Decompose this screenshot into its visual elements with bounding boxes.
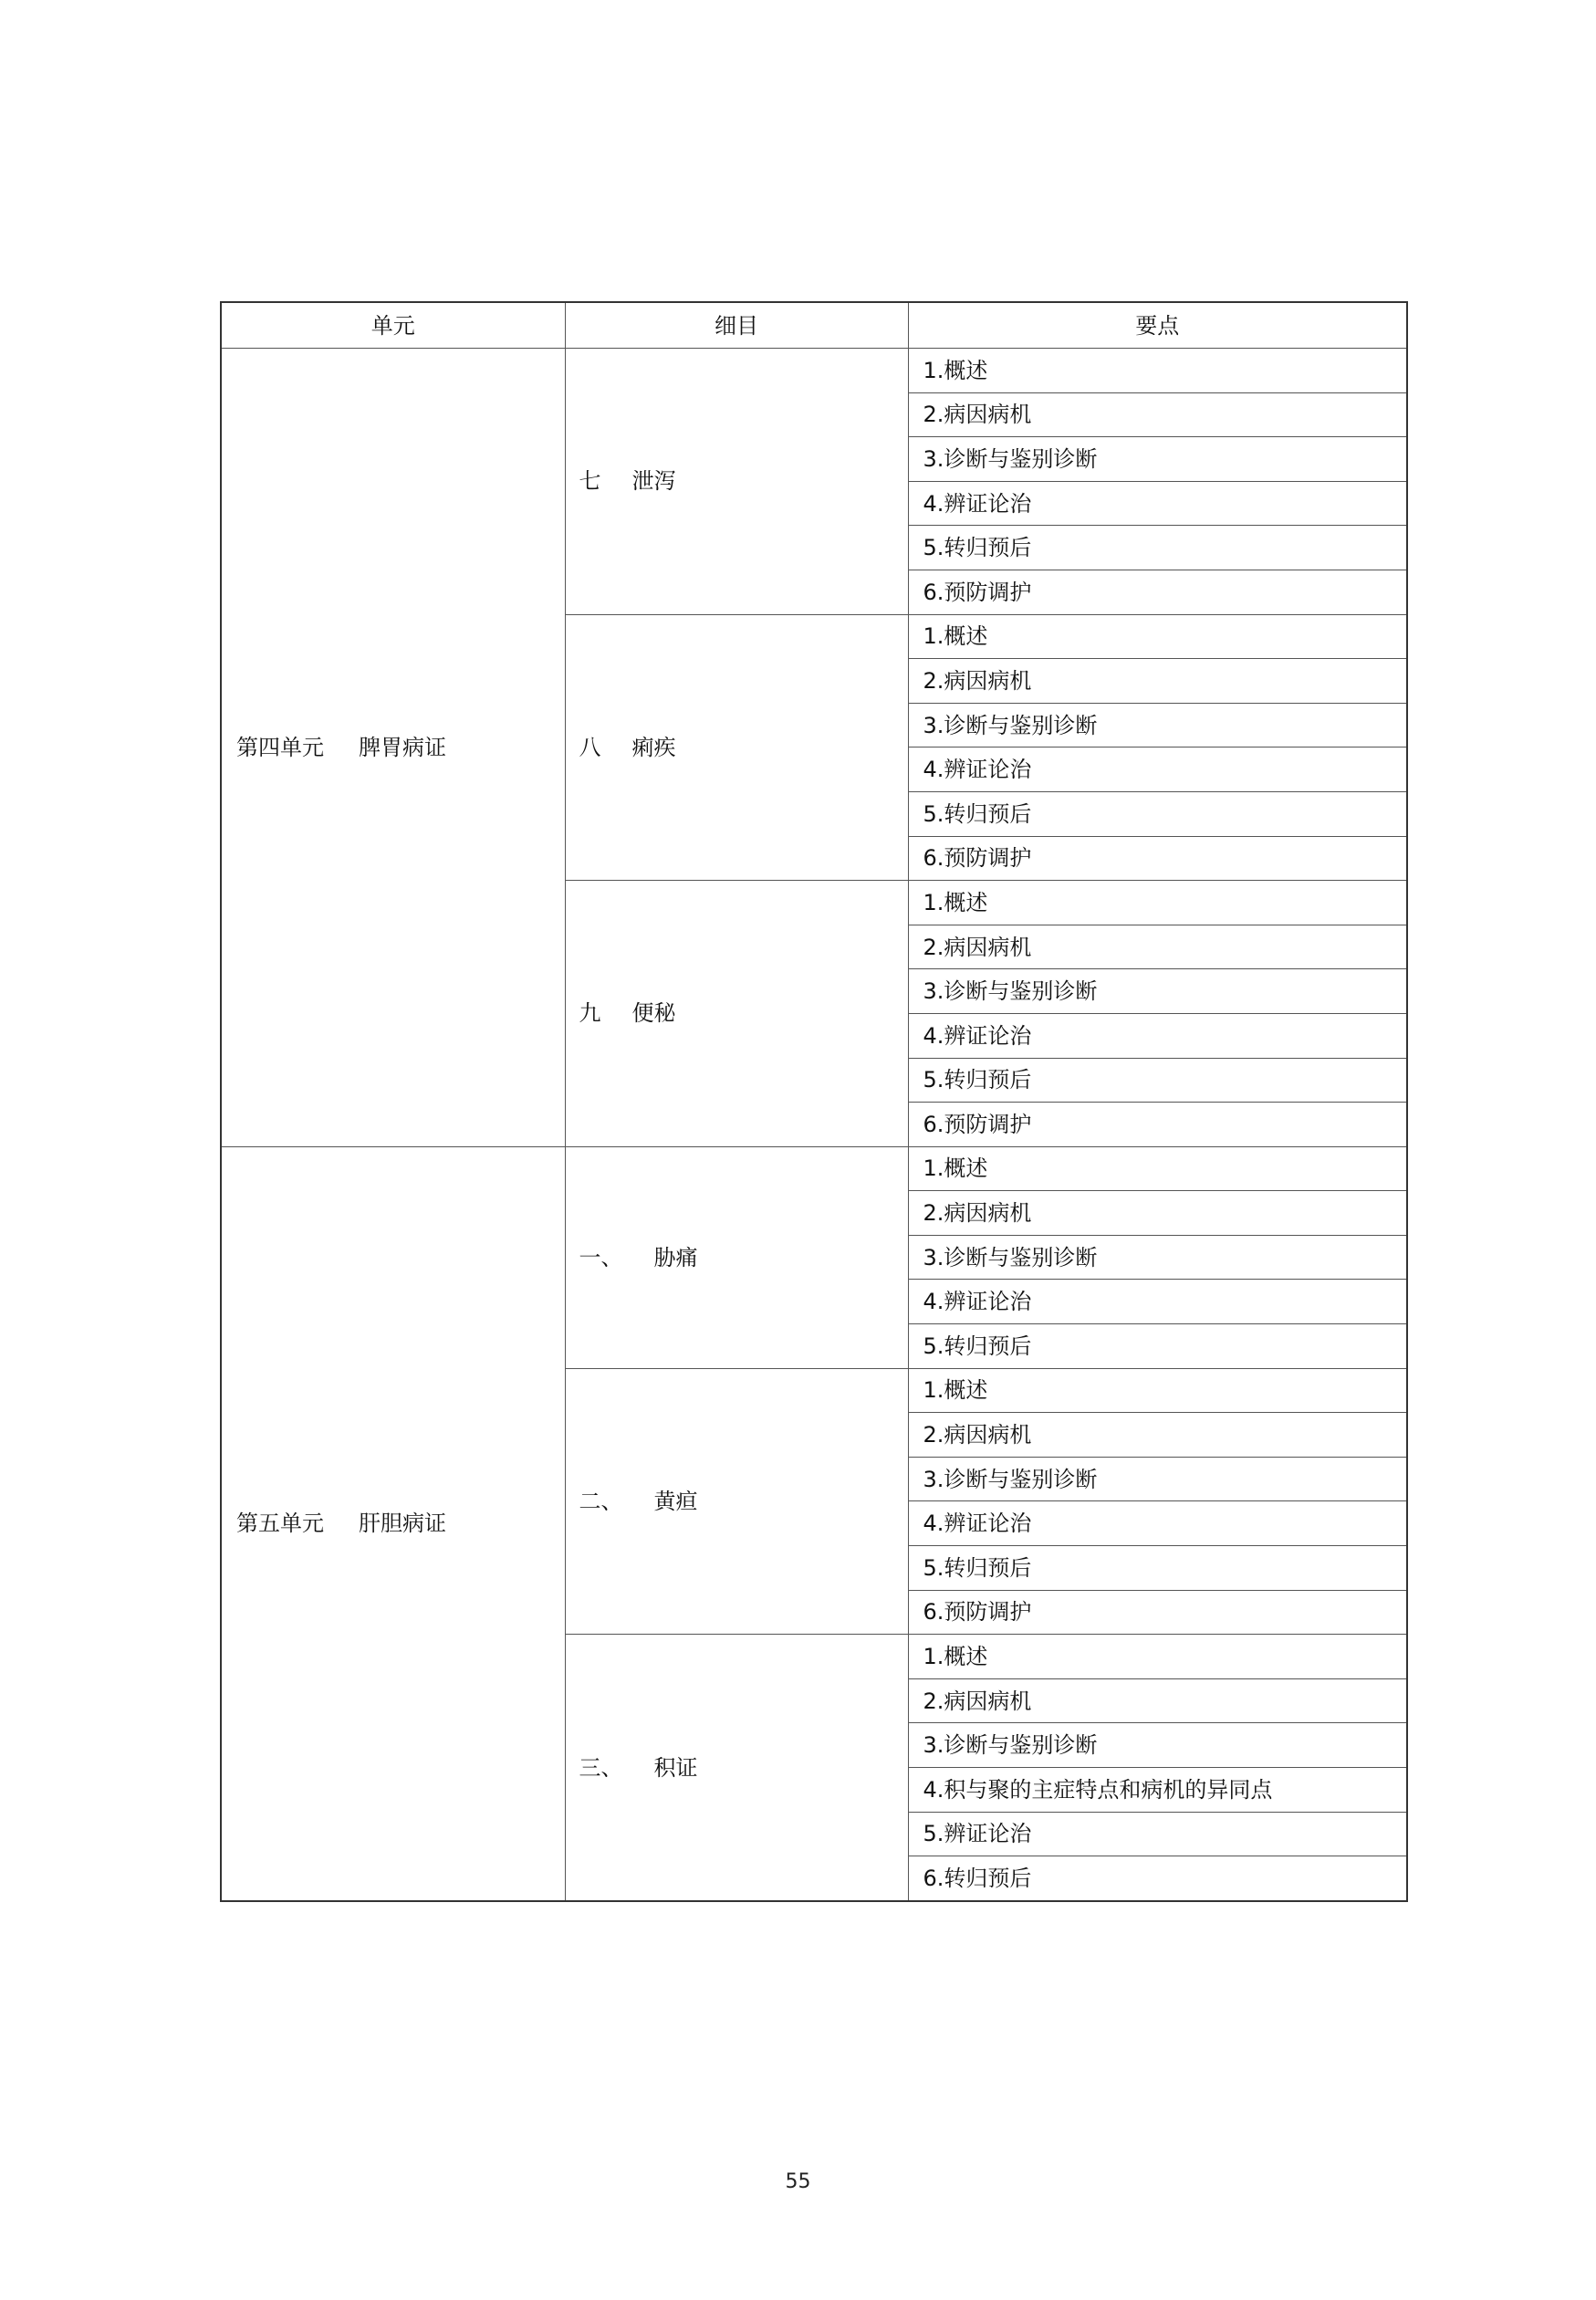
table-body: 第四单元 脾胃病证 七 泄泻 1.概述 2.病因病机 3.诊断与鉴别诊断 4.辨…	[221, 349, 1407, 1901]
unit-name: 肝胆病证	[359, 1512, 446, 1534]
point-cell: 4.辨证论治	[908, 1501, 1407, 1546]
unit-number: 第四单元	[236, 737, 324, 758]
table-row: 第五单元 肝胆病证 一、 胁痛 1.概述	[221, 1146, 1407, 1191]
unit-cell-4: 第四单元 脾胃病证	[221, 349, 565, 1147]
item-cell-dysentery: 八 痢疾	[565, 614, 908, 881]
unit-cell-5: 第五单元 肝胆病证	[221, 1146, 565, 1901]
unit-name: 脾胃病证	[359, 737, 446, 758]
point-cell: 2.病因病机	[908, 925, 1407, 969]
point-cell: 4.积与聚的主症特点和病机的异同点	[908, 1768, 1407, 1813]
point-cell: 6.预防调护	[908, 570, 1407, 614]
point-cell: 3.诊断与鉴别诊断	[908, 1235, 1407, 1280]
point-cell: 3.诊断与鉴别诊断	[908, 1723, 1407, 1768]
item-cell-hypochondriac-pain: 一、 胁痛	[565, 1146, 908, 1368]
point-cell: 6.预防调护	[908, 1590, 1407, 1635]
item-number: 一、	[579, 1247, 623, 1269]
point-cell: 5.转归预后	[908, 1546, 1407, 1591]
point-cell: 5.转归预后	[908, 1324, 1407, 1369]
document-page: 单元 细目 要点 第四单元 脾胃病证 七 泄泻	[0, 0, 1596, 2300]
point-cell: 3.诊断与鉴别诊断	[908, 437, 1407, 482]
header-unit: 单元	[221, 302, 565, 349]
item-number: 二、	[579, 1490, 623, 1512]
unit-number: 第五单元	[236, 1512, 324, 1534]
table-header-row: 单元 细目 要点	[221, 302, 1407, 349]
point-cell: 2.病因病机	[908, 1678, 1407, 1723]
item-cell-constipation: 九 便秘	[565, 881, 908, 1147]
point-cell: 1.概述	[908, 1146, 1407, 1191]
item-number: 八	[579, 737, 601, 758]
item-name: 泄泻	[632, 470, 676, 492]
point-cell: 5.辨证论治	[908, 1812, 1407, 1856]
point-cell: 1.概述	[908, 881, 1407, 925]
point-cell: 4.辨证论治	[908, 1280, 1407, 1324]
point-cell: 5.转归预后	[908, 1058, 1407, 1103]
table-row: 第四单元 脾胃病证 七 泄泻 1.概述	[221, 349, 1407, 393]
item-number: 三、	[579, 1757, 623, 1779]
point-cell: 5.转归预后	[908, 526, 1407, 570]
point-cell: 1.概述	[908, 1368, 1407, 1413]
point-cell: 1.概述	[908, 349, 1407, 393]
point-cell: 2.病因病机	[908, 1413, 1407, 1458]
item-number: 七	[579, 470, 601, 492]
header-item: 细目	[565, 302, 908, 349]
point-cell: 4.辨证论治	[908, 1013, 1407, 1058]
item-name: 黄疸	[654, 1490, 698, 1512]
point-cell: 3.诊断与鉴别诊断	[908, 969, 1407, 1014]
syllabus-table: 单元 细目 要点 第四单元 脾胃病证 七 泄泻	[220, 301, 1408, 1902]
item-name: 痢疾	[632, 737, 676, 758]
point-cell: 2.病因病机	[908, 392, 1407, 437]
point-cell: 1.概述	[908, 1635, 1407, 1679]
point-cell: 4.辨证论治	[908, 481, 1407, 526]
header-point: 要点	[908, 302, 1407, 349]
point-cell: 1.概述	[908, 614, 1407, 659]
point-cell: 6.预防调护	[908, 1103, 1407, 1147]
item-name: 积证	[654, 1757, 698, 1779]
item-cell-accumulation: 三、 积证	[565, 1635, 908, 1901]
point-cell: 2.病因病机	[908, 659, 1407, 704]
item-cell-diarrhea: 七 泄泻	[565, 349, 908, 615]
point-cell: 4.辨证论治	[908, 747, 1407, 792]
item-name: 便秘	[632, 1002, 676, 1024]
item-number: 九	[579, 1002, 601, 1024]
point-cell: 6.转归预后	[908, 1856, 1407, 1901]
item-cell-jaundice: 二、 黄疸	[565, 1368, 908, 1635]
page-number: 55	[0, 2170, 1596, 2193]
point-cell: 3.诊断与鉴别诊断	[908, 1457, 1407, 1501]
point-cell: 6.预防调护	[908, 836, 1407, 881]
item-name: 胁痛	[654, 1247, 698, 1269]
point-cell: 5.转归预后	[908, 791, 1407, 836]
point-cell: 3.诊断与鉴别诊断	[908, 703, 1407, 747]
point-cell: 2.病因病机	[908, 1191, 1407, 1236]
